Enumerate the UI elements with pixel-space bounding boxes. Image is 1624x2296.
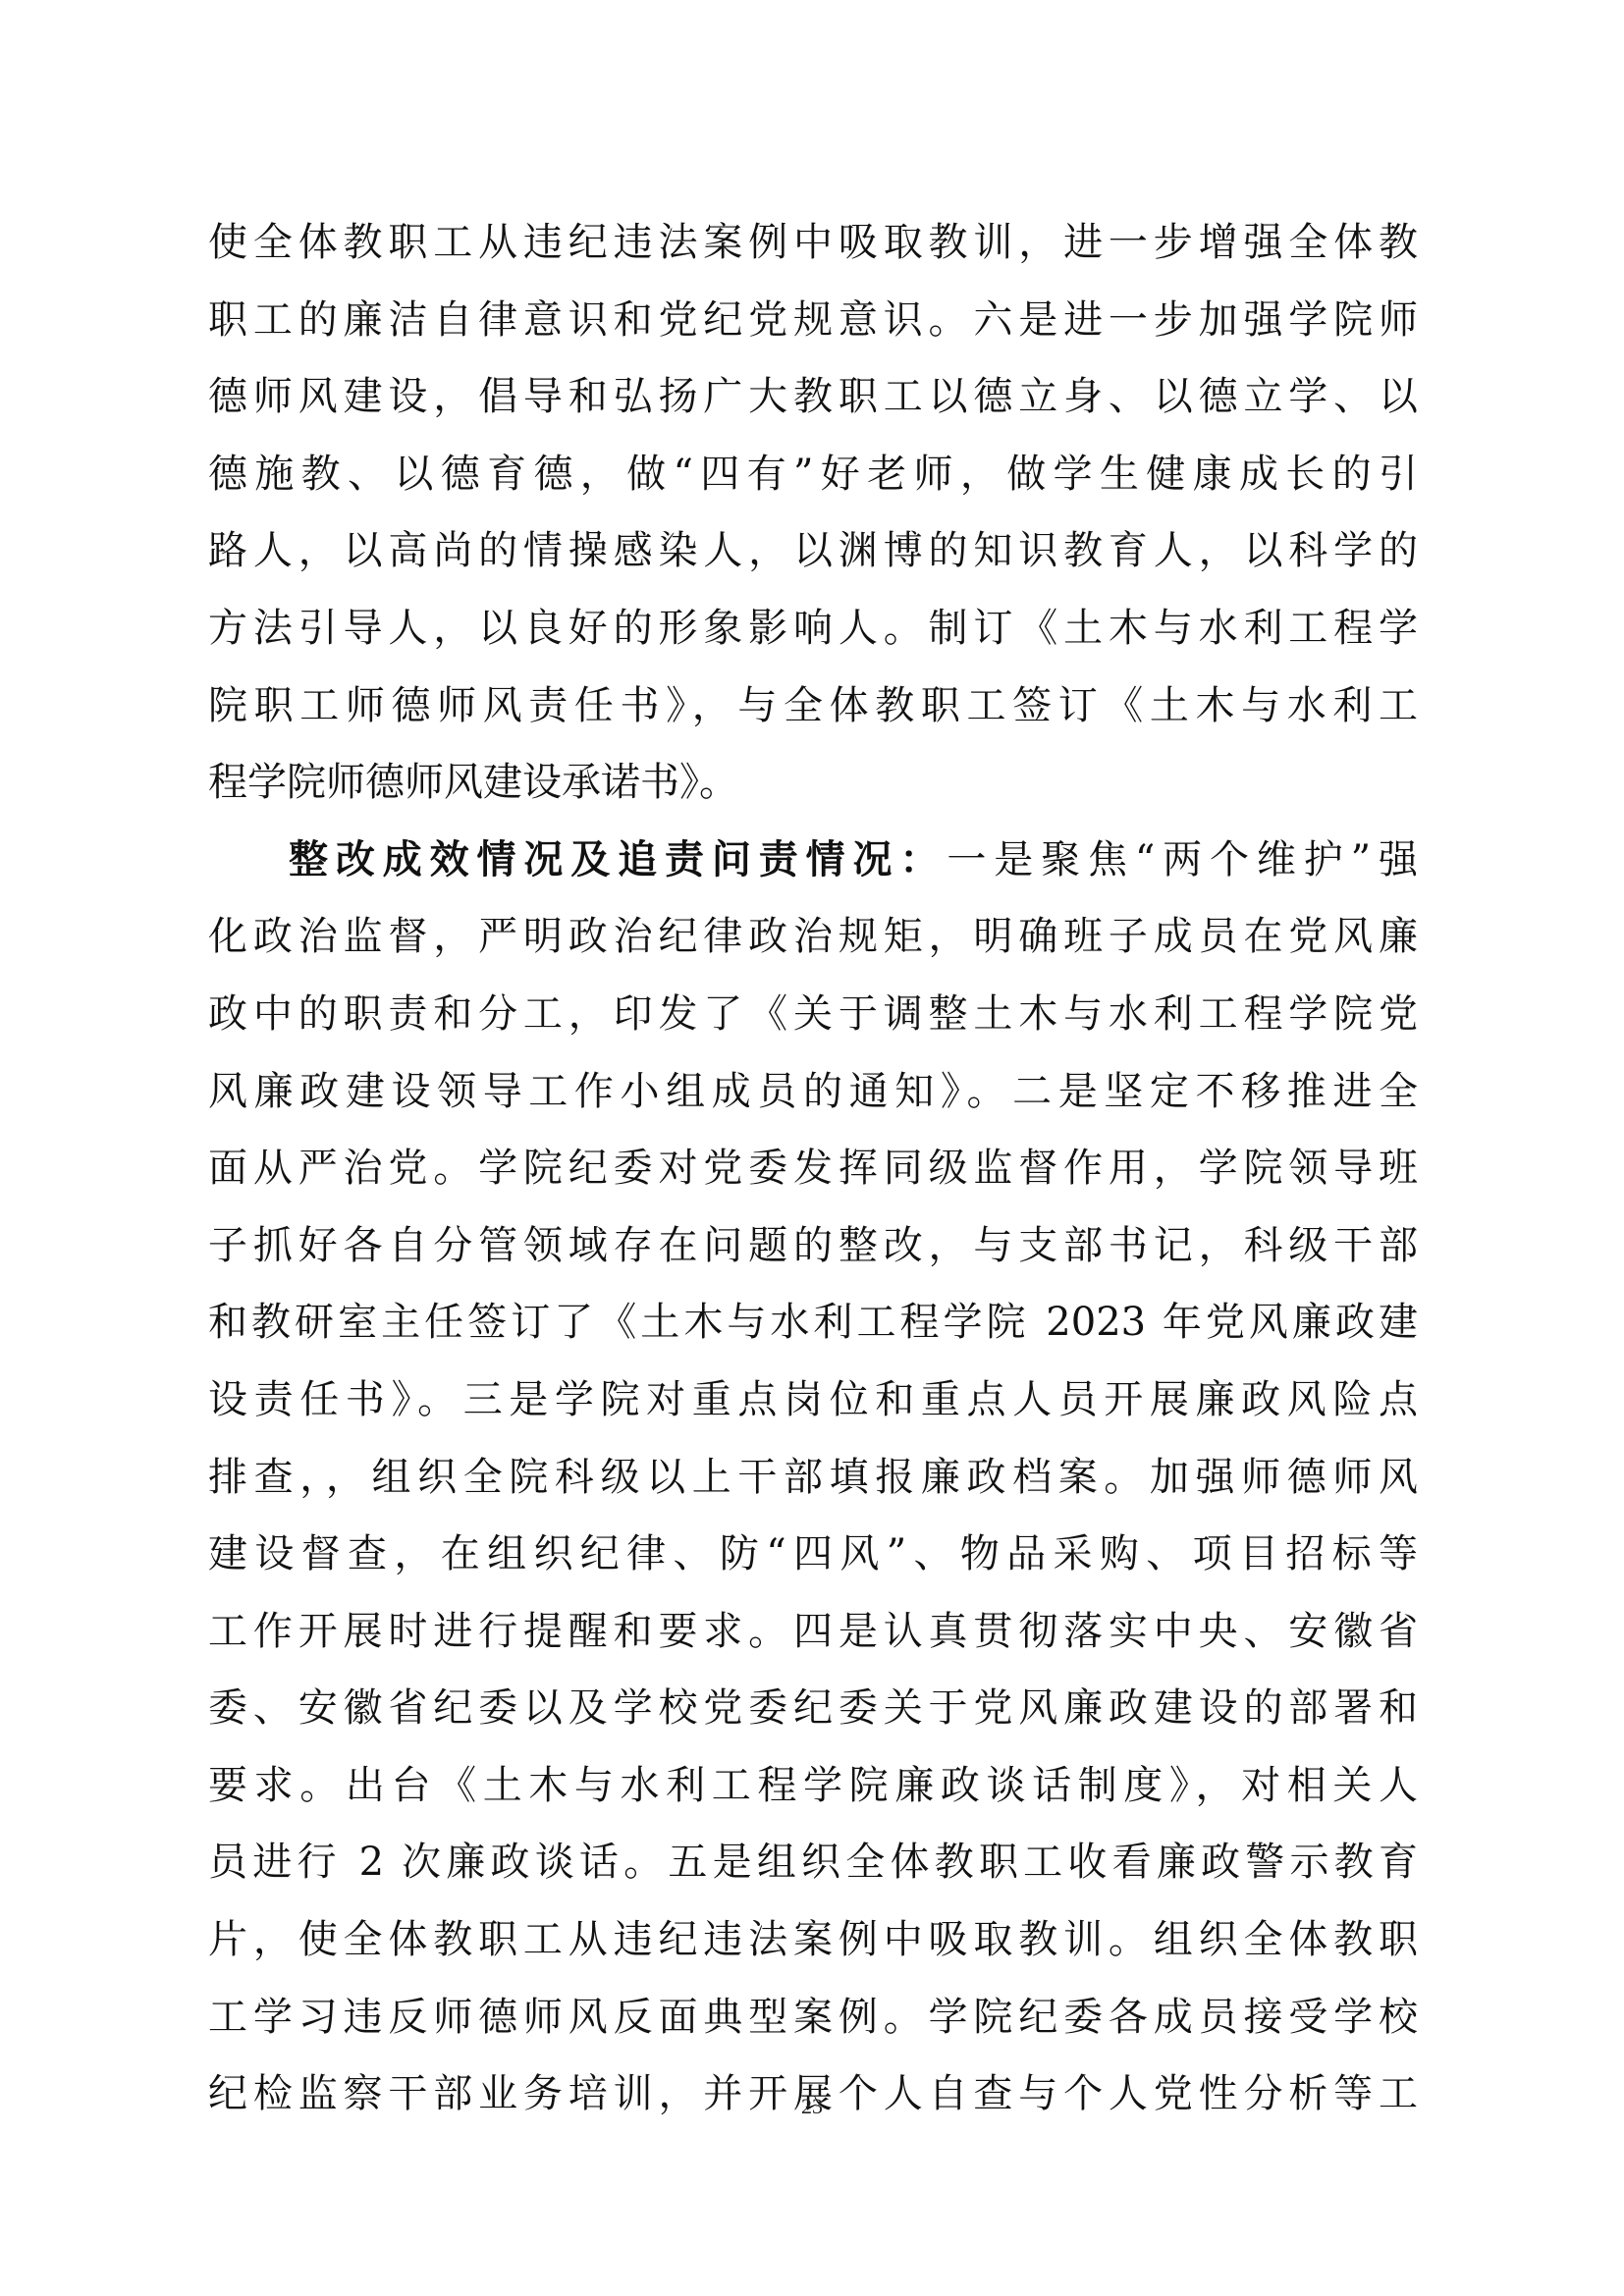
document-page: 使全体教职工从违纪违法案例中吸取教训，进一步增强全体教 职工的廉洁自律意识和党纪…	[0, 0, 1624, 2296]
paragraph-rectification-results: 整改成效情况及追责问责情况：一是聚焦“两个维护”强 化政治监督，严明政治纪律政治…	[208, 822, 1418, 2133]
text-line: 德师风建设，倡导和弘扬广大教职工以德立身、以德立学、以	[208, 358, 1418, 436]
text-line: 排查，，组织全院科级以上干部填报廉政档案。加强师德师风	[208, 1439, 1418, 1517]
text-line: 子抓好各自分管领域存在问题的整改，与支部书记，科级干部	[208, 1207, 1418, 1285]
section-heading: 整改成效情况及追责问责情况：	[289, 837, 947, 882]
page-number: 23	[0, 2094, 1624, 2119]
text-line: 风廉政建设领导工作小组成员的通知》。二是坚定不移推进全	[208, 1053, 1418, 1131]
text-line: 使全体教职工从违纪违法案例中吸取教训，进一步增强全体教	[208, 204, 1418, 282]
text-line: 建设督查，在组织纪律、防“四风”、物品采购、项目招标等	[208, 1516, 1418, 1593]
text-line: 程学院师德师风建设承诺书》。	[208, 744, 1418, 822]
text-line: 化政治监督，严明政治纪律政治规矩，明确班子成员在党风廉	[208, 898, 1418, 976]
text-line: 和教研室主任签订了《土木与水利工程学院 2023 年党风廉政建	[208, 1284, 1418, 1362]
document-body: 使全体教职工从违纪违法案例中吸取教训，进一步增强全体教 职工的廉洁自律意识和党纪…	[208, 204, 1418, 2133]
text-span: 一是聚焦“两个维护”强	[947, 837, 1418, 882]
paragraph-teacher-ethics: 使全体教职工从违纪违法案例中吸取教训，进一步增强全体教 职工的廉洁自律意识和党纪…	[208, 204, 1418, 822]
text-line: 片，使全体教职工从违纪违法案例中吸取教训。组织全体教职	[208, 1901, 1418, 1979]
text-line: 员进行 2 次廉政谈话。五是组织全体教职工收看廉政警示教育	[208, 1824, 1418, 1901]
text-line: 院职工师德师风责任书》，与全体教职工签订《土木与水利工	[208, 667, 1418, 745]
text-line: 委、安徽省纪委以及学校党委纪委关于党风廉政建设的部署和	[208, 1670, 1418, 1747]
text-line: 设责任书》。三是学院对重点岗位和重点人员开展廉政风险点	[208, 1362, 1418, 1439]
text-line: 德施教、以德育德，做“四有”好老师，做学生健康成长的引	[208, 436, 1418, 513]
text-line: 面从严治党。学院纪委对党委发挥同级监督作用，学院领导班	[208, 1130, 1418, 1207]
text-line: 政中的职责和分工，印发了《关于调整土木与水利工程学院党	[208, 976, 1418, 1053]
text-line: 职工的廉洁自律意识和党纪党规意识。六是进一步加强学院师	[208, 282, 1418, 359]
text-line: 路人，以高尚的情操感染人，以渊博的知识教育人，以科学的	[208, 512, 1418, 590]
text-line: 工学习违反师德师风反面典型案例。学院纪委各成员接受学校	[208, 1979, 1418, 2056]
text-line: 要求。出台《土木与水利工程学院廉政谈话制度》，对相关人	[208, 1747, 1418, 1825]
text-line: 工作开展时进行提醒和要求。四是认真贯彻落实中央、安徽省	[208, 1593, 1418, 1671]
text-line: 方法引导人，以良好的形象影响人。制订《土木与水利工程学	[208, 590, 1418, 667]
paragraph-first-line: 整改成效情况及追责问责情况：一是聚焦“两个维护”强	[208, 822, 1418, 899]
